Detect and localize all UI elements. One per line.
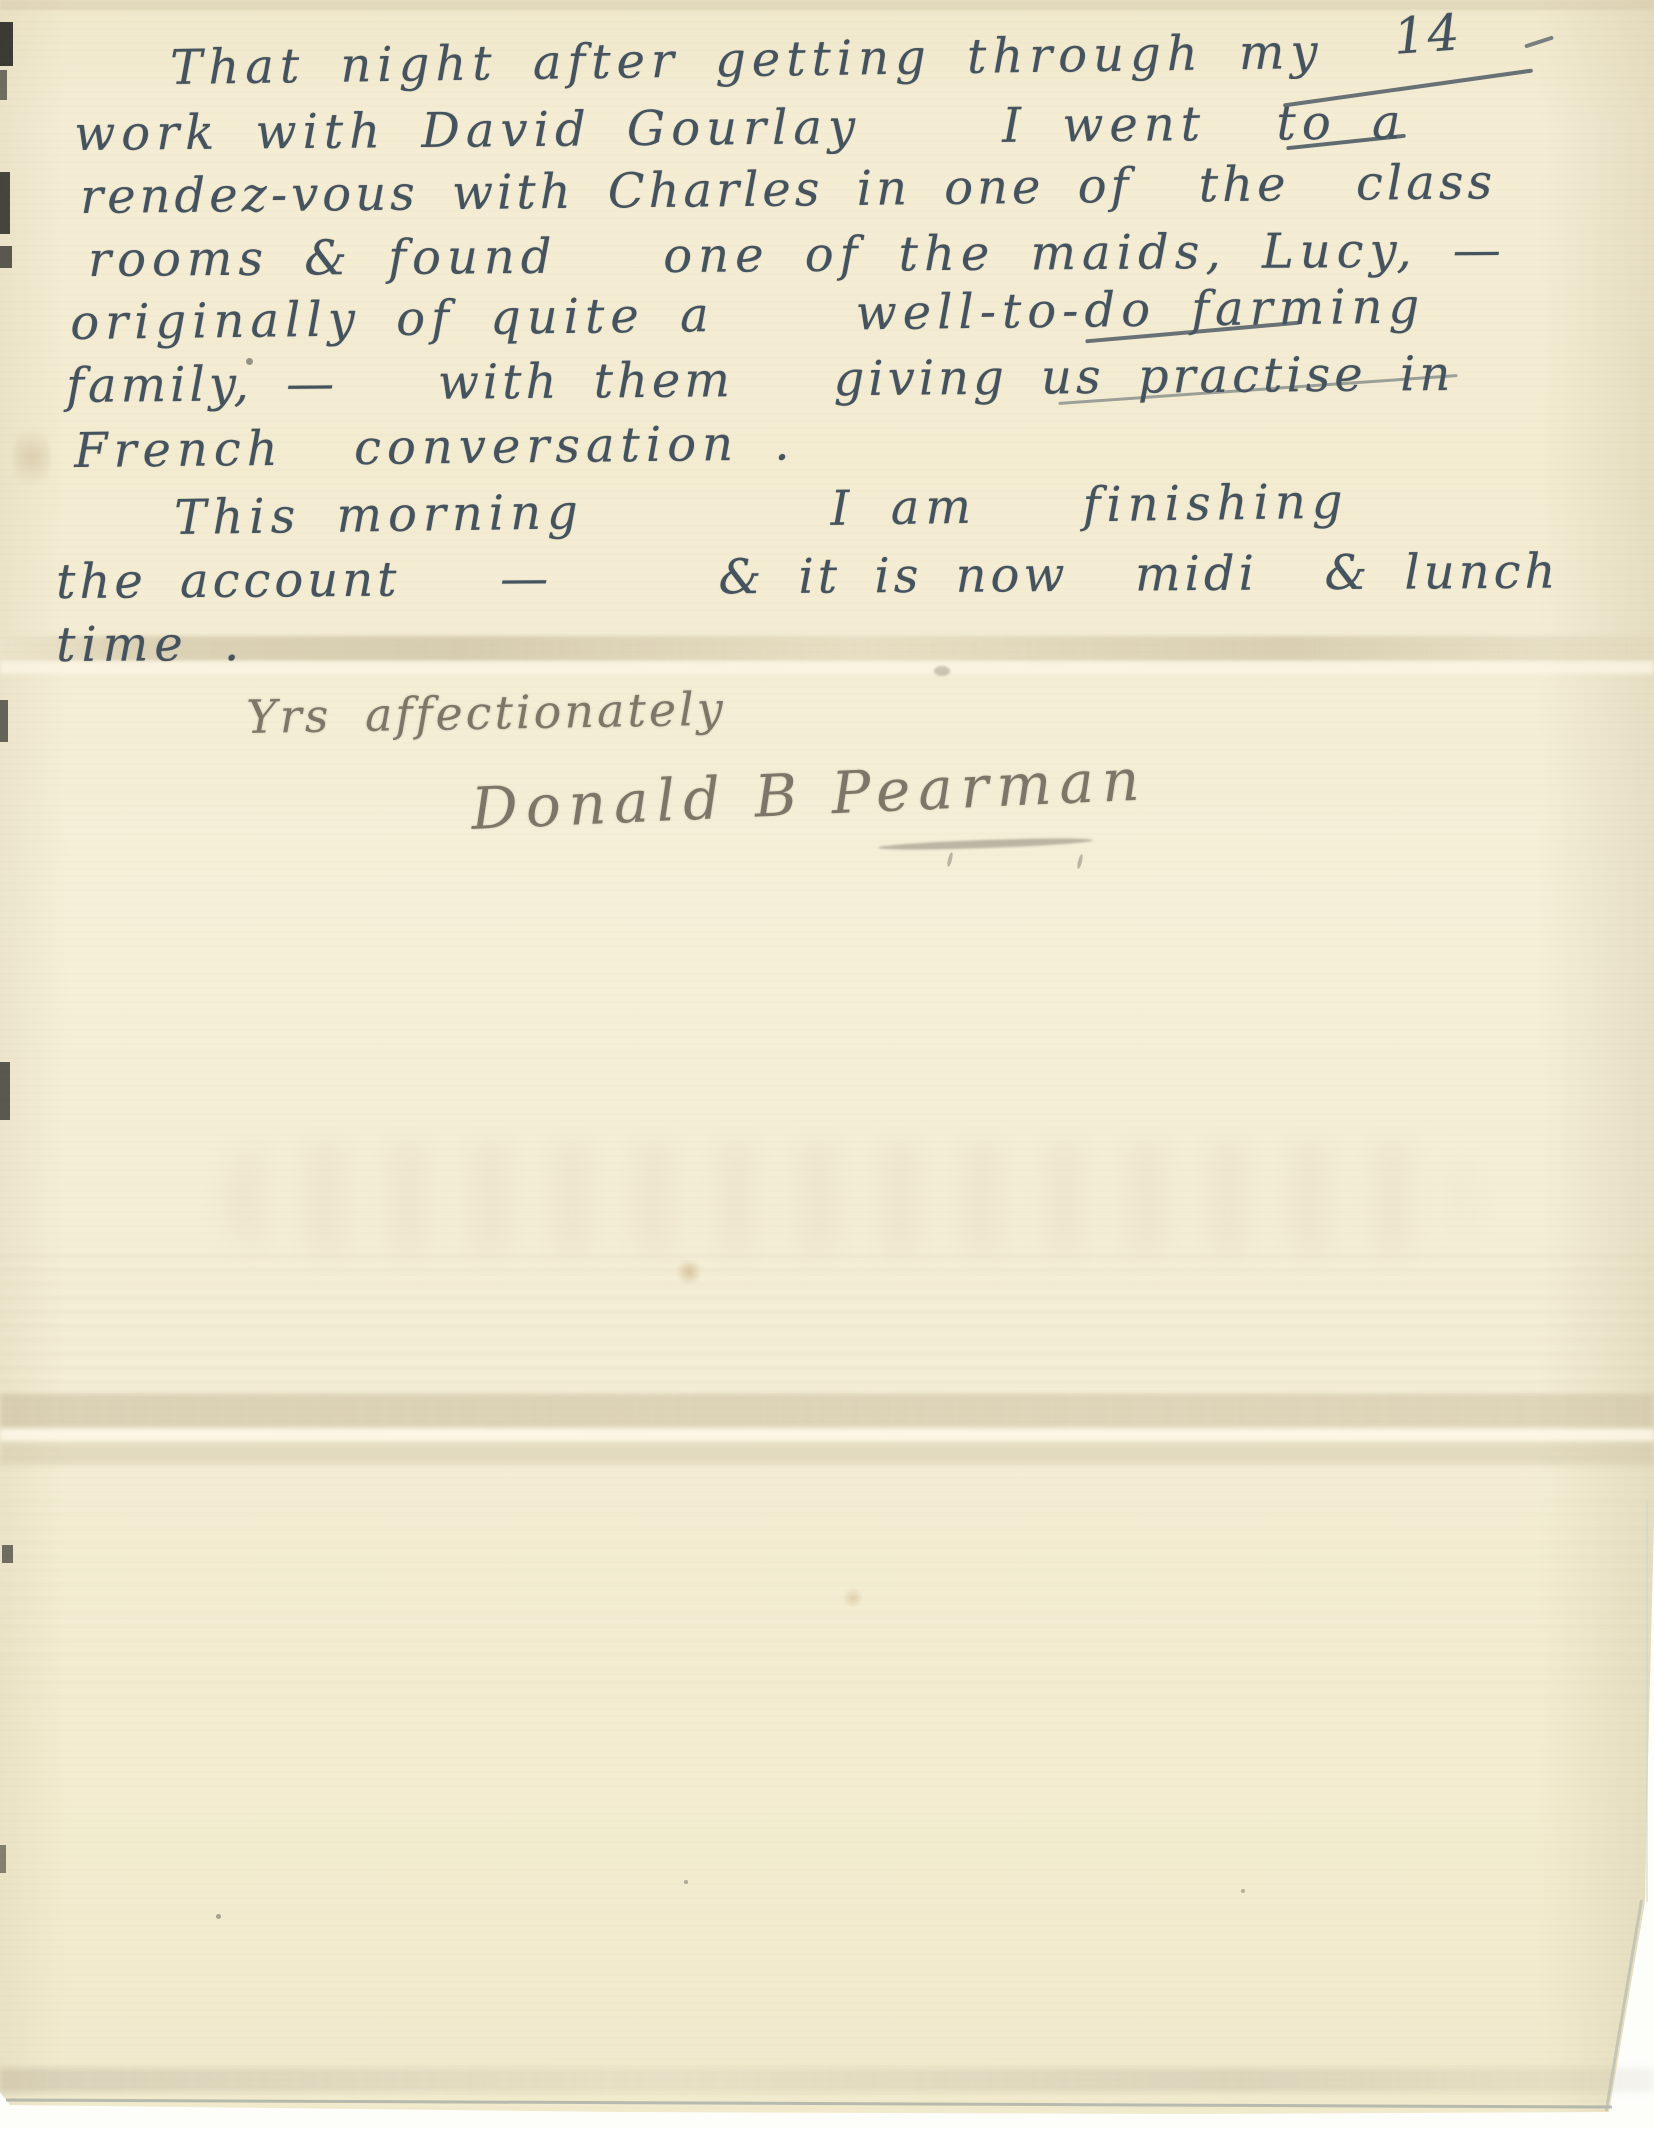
- scan-edge-speck: [0, 172, 10, 234]
- page-number: 14: [1392, 7, 1463, 62]
- handwritten-line-9: the account — & it is now midi & lunch: [56, 548, 1560, 606]
- scan-edge-speck: [0, 1062, 10, 1120]
- handwritten-line-7: French conversation .: [74, 419, 796, 475]
- scan-edge-speck: [0, 22, 13, 66]
- paper-texture-band: [0, 1255, 1654, 1405]
- closing-line: Yrs affectionately: [246, 686, 726, 740]
- paper-texture-band: [0, 1500, 1654, 1710]
- scan-edge-speck: [0, 70, 7, 100]
- scanned-letter-page: { "letter": { "page_number": "14", "line…: [0, 0, 1654, 2129]
- handwritten-line-2: work with David Gourlay I went to a: [74, 98, 1407, 158]
- scan-edge-speck: [0, 246, 12, 268]
- paper-watermark: [225, 1140, 1470, 1255]
- handwritten-line-4: rooms & found one of the maids, Lucy, —: [88, 226, 1507, 284]
- handwritten-line-10: time .: [56, 620, 245, 669]
- handwritten-line-3: rendez-vous with Charles in one of the c…: [80, 158, 1496, 221]
- scan-edge-speck: [0, 700, 8, 742]
- handwritten-line-6: family, — with them giving us practise i…: [66, 350, 1454, 410]
- scan-edge-speck: [0, 1845, 6, 1873]
- scan-edge-speck: [2, 1545, 13, 1563]
